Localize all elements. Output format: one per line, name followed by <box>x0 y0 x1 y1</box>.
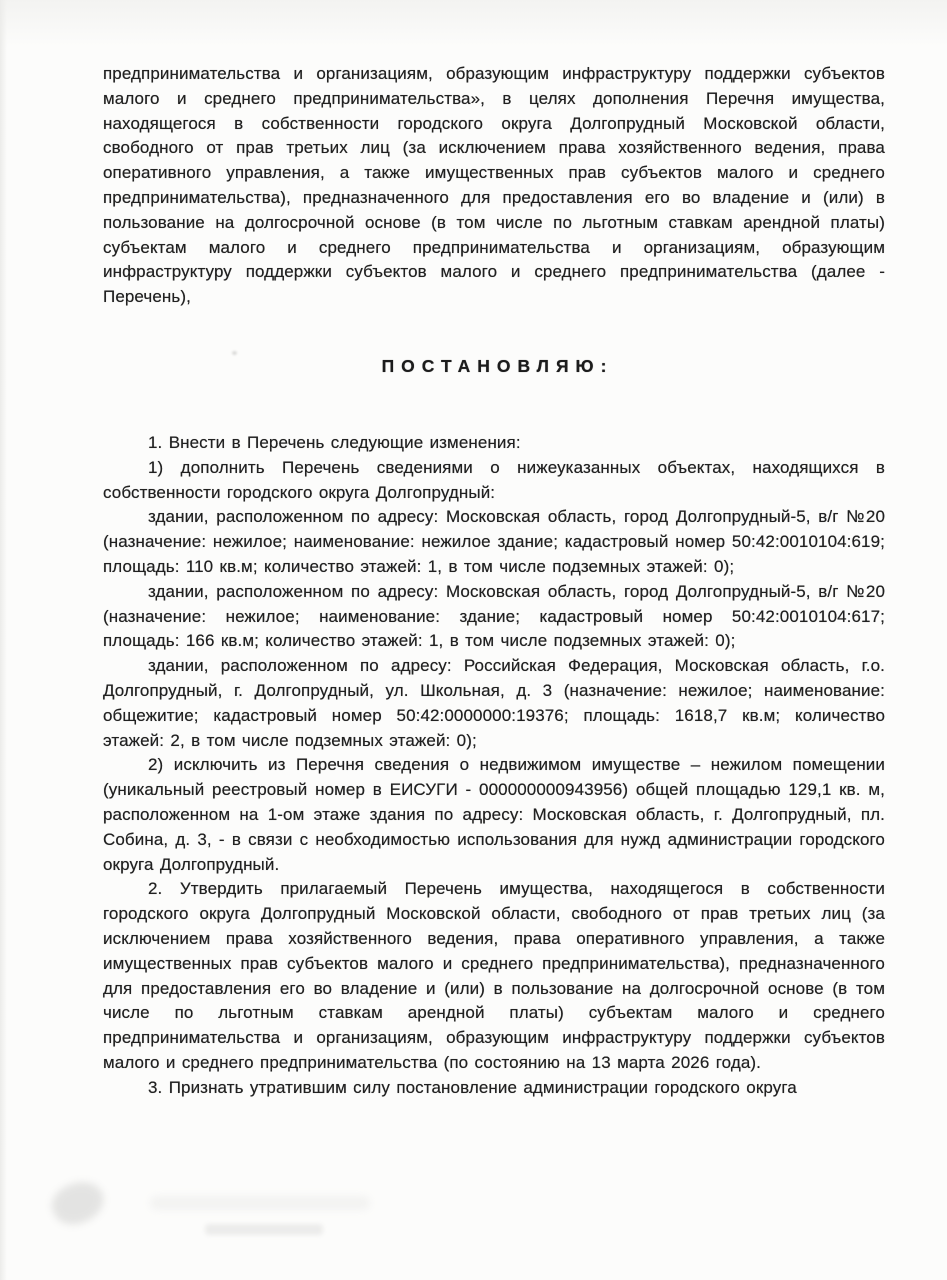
decree-item-3: 3. Признать утратившим силу постановлени… <box>103 1076 885 1101</box>
scanned-document-page: предпринимательства и организациям, обра… <box>0 0 947 1280</box>
decree-heading: ПОСТАНОВЛЯЮ: <box>103 356 885 377</box>
decree-item-1: 1. Внести в Перечень следующие изменения… <box>103 431 885 456</box>
page-body: предпринимательства и организациям, обра… <box>0 0 947 1280</box>
decree-subitem-1-1: 1) дополнить Перечень сведениями о нижеу… <box>103 456 885 506</box>
building-entry-2: здании, расположенном по адресу: Московс… <box>103 580 885 654</box>
decree-item-2: 2. Утвердить прилагаемый Перечень имущес… <box>103 877 885 1075</box>
decree-subitem-1-2: 2) исключить из Перечня сведения о недви… <box>103 753 885 877</box>
building-entry-3: здании, расположенном по адресу: Российс… <box>103 654 885 753</box>
intro-paragraph: предпринимательства и организациям, обра… <box>103 62 885 310</box>
building-entry-1: здании, расположенном по адресу: Московс… <box>103 505 885 579</box>
